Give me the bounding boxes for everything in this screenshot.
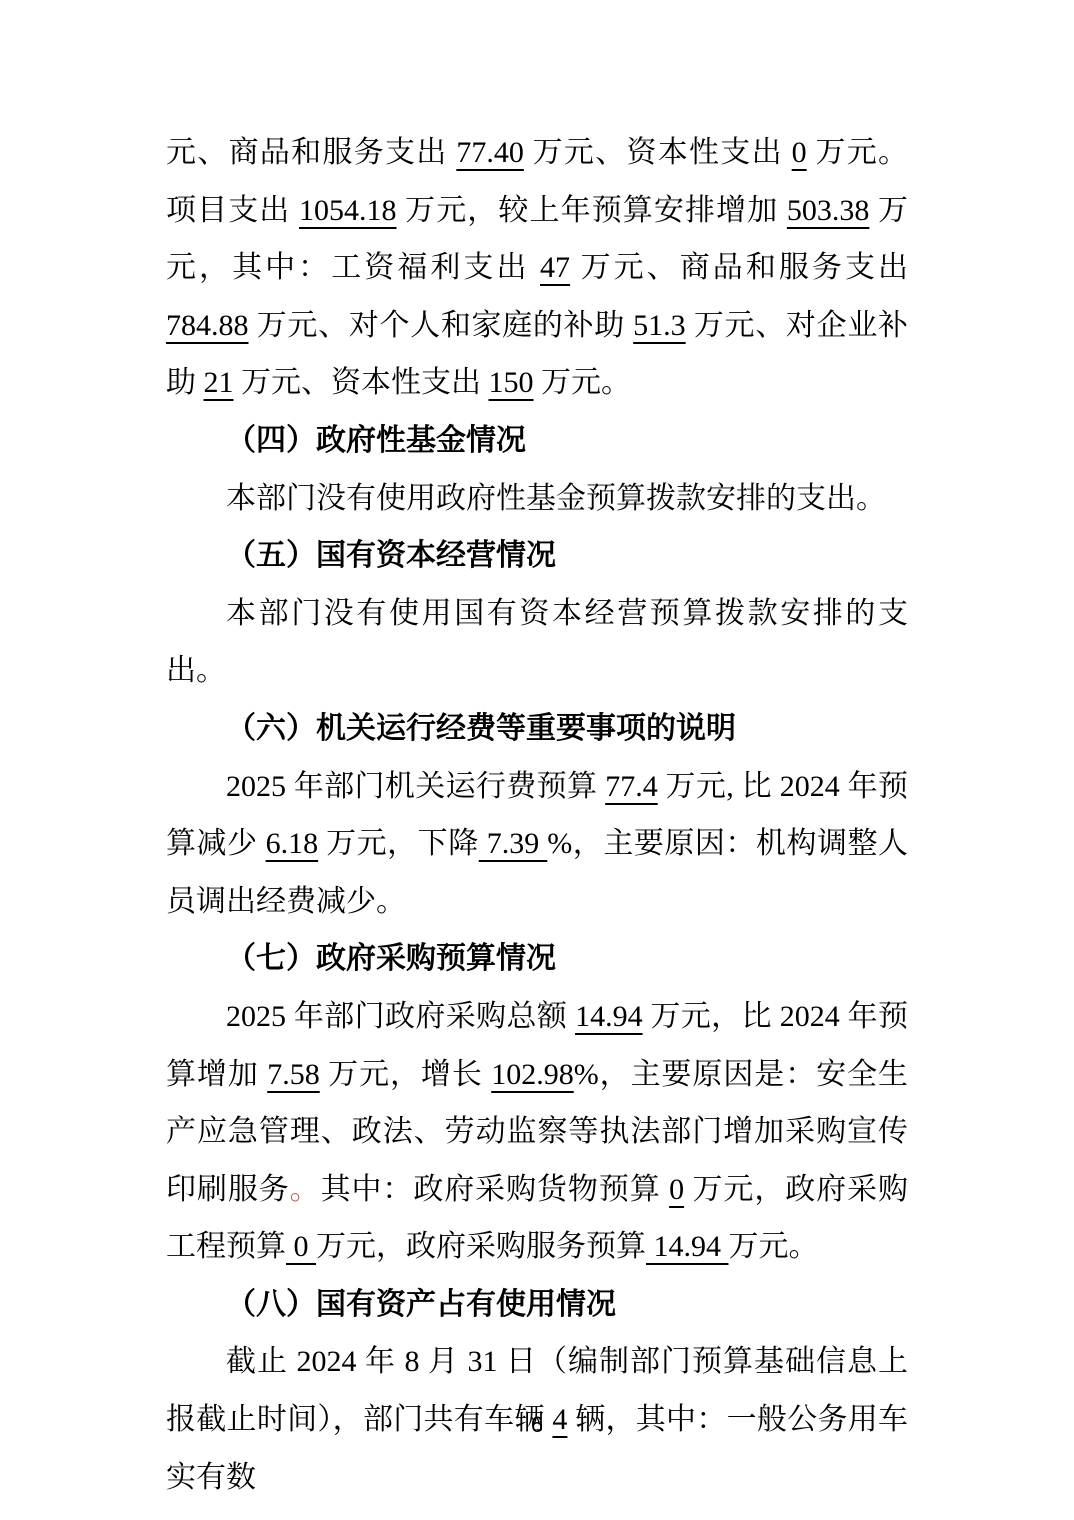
- section-heading: （四）政府性基金情况: [166, 412, 908, 470]
- underlined-value: 102.98: [491, 1058, 574, 1091]
- underlined-value: 0: [792, 136, 807, 169]
- underlined-value: 77.40: [456, 136, 524, 169]
- page-number: 6: [0, 1410, 1074, 1440]
- text-run: （四）政府性基金情况: [226, 424, 526, 457]
- underlined-value: 503.38: [787, 194, 870, 227]
- text-run: 万元，增长: [320, 1058, 492, 1091]
- text-run: 万元、资本性支出: [234, 366, 489, 399]
- text-run: 元、商品和服务支出: [166, 136, 456, 169]
- text-run: 万元。: [534, 366, 632, 399]
- text-run: 本部门没有使用国有资本经营预算拨款安排的支出。: [166, 597, 908, 688]
- text-run: 2025 年部门政府采购总额: [226, 1000, 575, 1033]
- underlined-value: 0: [286, 1230, 316, 1263]
- document-content: 元、商品和服务支出 77.40 万元、资本性支出 0 万元。项目支出 1054.…: [166, 124, 908, 1506]
- text-run: 万元，较上年预算安排增加: [397, 194, 787, 227]
- text-run: 万元。: [729, 1230, 819, 1263]
- underlined-value: 150: [489, 366, 534, 399]
- underlined-value: 6.18: [266, 827, 319, 860]
- underlined-value: 51.3: [633, 309, 686, 342]
- section-heading: （六）机关运行经费等重要事项的说明: [166, 700, 908, 758]
- underlined-value: 7.39: [479, 827, 548, 860]
- text-run: （七）政府采购预算情况: [226, 942, 556, 975]
- document-page: 元、商品和服务支出 77.40 万元、资本性支出 0 万元。项目支出 1054.…: [0, 0, 1074, 1520]
- text-run: 万元、对个人和家庭的补助: [249, 309, 634, 342]
- red-punctuation: 。: [290, 1173, 321, 1206]
- paragraph: 本部门没有使用国有资本经营预算拨款安排的支出。: [166, 585, 908, 700]
- underlined-value: 7.58: [267, 1058, 320, 1091]
- section-heading: （五）国有资本经营情况: [166, 527, 908, 585]
- text-run: 万元，下降: [318, 827, 479, 860]
- paragraph: 2025 年部门机关运行费预算 77.4 万元, 比 2024 年预算减少 6.…: [166, 758, 908, 931]
- underlined-value: 1054.18: [299, 194, 397, 227]
- text-run: （八）国有资产占有使用情况: [226, 1288, 616, 1321]
- text-run: （六）机关运行经费等重要事项的说明: [226, 712, 736, 745]
- text-run: 万元、商品和服务支出: [570, 251, 908, 284]
- underlined-value: 47: [540, 251, 570, 284]
- underlined-value: 77.4: [605, 770, 658, 803]
- paragraph: 本部门没有使用政府性基金预算拨款安排的支出。: [166, 470, 908, 528]
- paragraph: 2025 年部门政府采购总额 14.94 万元，比 2024 年预算增加 7.5…: [166, 988, 908, 1276]
- text-run: （五）国有资本经营情况: [226, 539, 556, 572]
- underlined-value: 14.94: [646, 1230, 729, 1263]
- text-run: 其中：政府采购货物预算: [321, 1173, 670, 1206]
- underlined-value: 0: [669, 1173, 684, 1206]
- underlined-value: 21: [204, 366, 234, 399]
- text-run: 万元、资本性支出: [524, 136, 792, 169]
- text-run: 本部门没有使用政府性基金预算拨款安排的支出。: [226, 482, 886, 515]
- section-heading: （八）国有资产占有使用情况: [166, 1276, 908, 1334]
- underlined-value: 784.88: [166, 309, 249, 342]
- underlined-value: 14.94: [575, 1000, 643, 1033]
- section-heading: （七）政府采购预算情况: [166, 930, 908, 988]
- text-run: 2025 年部门机关运行费预算: [226, 770, 605, 803]
- text-run: 万元，政府采购服务预算: [316, 1230, 646, 1263]
- paragraph: 元、商品和服务支出 77.40 万元、资本性支出 0 万元。项目支出 1054.…: [166, 124, 908, 412]
